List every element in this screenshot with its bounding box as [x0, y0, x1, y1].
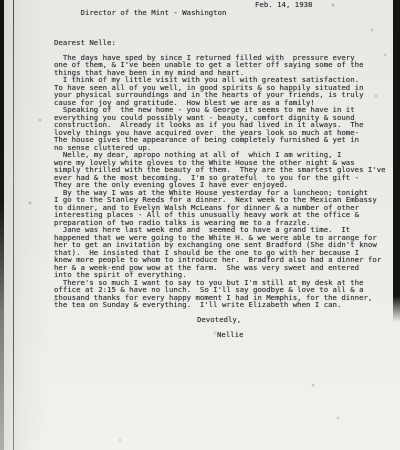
page-right-edge: [393, 0, 400, 322]
closing: Devotedly,: [197, 316, 394, 324]
paragraph-6: Jane was here last week end and seemed t…: [54, 226, 394, 279]
binding-line: [13, 0, 14, 450]
scanned-letter-page: Director of the Mint - Washington Feb. 1…: [0, 0, 400, 450]
page-left-edge: [0, 0, 4, 450]
signature: Nellie: [217, 331, 394, 339]
paragraph-2: I think of my little visit with you all …: [54, 76, 394, 106]
paragraph-3: Speaking of the new home - you & George …: [54, 106, 394, 151]
paragraph-7: There's so much I want to say to you but…: [54, 279, 394, 309]
paragraph-4: Nelle, my dear, apropo nothing at all of…: [54, 151, 394, 189]
letter-header: Director of the Mint - Washington Feb. 1…: [54, 1, 394, 31]
letter-date: Feb. 14, 1938: [255, 1, 312, 9]
letter-body: Director of the Mint - Washington Feb. 1…: [54, 1, 394, 339]
paragraph-1: The days have sped by since I returned f…: [54, 54, 394, 77]
paragraph-5: By the way I was at the White House yest…: [54, 189, 394, 227]
salutation: Dearest Nelle:: [54, 39, 394, 47]
letter-from: Director of the Mint - Washington: [81, 8, 227, 17]
